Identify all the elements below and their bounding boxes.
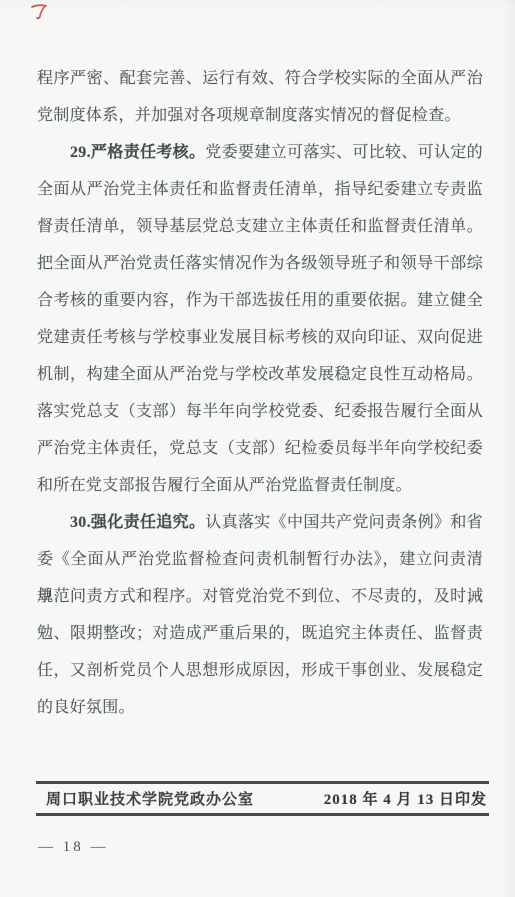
text-run: 认真落实《中国共产党问责条例》和省: [205, 514, 483, 531]
text-line: 委《全面从严治党监督检查问责机制暂行办法》，建立问责清单，: [37, 541, 483, 578]
text-run: 任，又剖析党员个人思想形成原因，形成干事创业、发展稳定: [37, 662, 483, 679]
text-run: 合考核的重要内容，作为干部选拔任用的重要依据。建立健全: [37, 292, 483, 309]
page-number: — 18 —: [38, 836, 109, 858]
text-line: 机制，构建全面从严治党与学校改革发展稳定良性互动格局。: [37, 356, 483, 393]
text-line: 全面从严治党主体责任和监督责任清单，指导纪委建立专责监: [37, 171, 483, 208]
text-line: 把全面从严治党责任落实情况作为各级领导班子和领导干部综: [37, 245, 483, 282]
text-line: 程序严密、配套完善、运行有效、符合学校实际的全面从严治: [37, 60, 483, 97]
text-line: 督责任清单，领导基层党总支建立主体责任和监督责任清单。: [37, 208, 483, 245]
text-line: 和所在党支部报告履行全面从严治党监督责任制度。: [37, 467, 483, 504]
text-line: 合考核的重要内容，作为干部选拔任用的重要依据。建立健全: [37, 282, 483, 319]
text-line: 勉、限期整改；对造成严重后果的，既追究主体责任、监督责: [37, 615, 483, 652]
text-run: 程序严密、配套完善、运行有效、符合学校实际的全面从严治: [37, 70, 483, 87]
print-date: 2018 年 4 月 13 日印发: [324, 788, 487, 809]
issuing-office: 周口职业技术学院党政办公室: [46, 788, 254, 809]
clause-heading-run: 30.强化责任追究。: [70, 514, 205, 531]
red-pen-annotation-mark: [30, 2, 49, 21]
text-run: 党建责任考核与学校事业发展目标考核的双向印证、双向促进: [37, 329, 483, 346]
clause-heading-run: 29.严格责任考核。: [70, 144, 205, 161]
text-line: 规范问责方式和程序。对管党治党不到位、不尽责的，及时诫: [37, 578, 483, 615]
text-run: 机制，构建全面从严治党与学校改革发展稳定良性互动格局。: [37, 366, 483, 383]
text-run: 党委要建立可落实、可比较、可认定的: [205, 144, 483, 161]
text-run: 勉、限期整改；对造成严重后果的，既追究主体责任、监督责: [37, 625, 483, 642]
text-line: 严治党主体责任，党总支（支部）纪检委员每半年向学校纪委: [37, 430, 483, 467]
text-line: 落实党总支（支部）每半年向学校党委、纪委报告履行全面从: [37, 393, 483, 430]
text-run: 严治党主体责任，党总支（支部）纪检委员每半年向学校纪委: [37, 440, 483, 457]
text-run: 全面从严治党主体责任和监督责任清单，指导纪委建立专责监: [37, 181, 483, 198]
text-line: 党建责任考核与学校事业发展目标考核的双向印证、双向促进: [37, 319, 483, 356]
text-run: 的良好氛围。: [37, 699, 135, 716]
text-line: 任，又剖析党员个人思想形成原因，形成干事创业、发展稳定: [37, 652, 483, 689]
text-line: 党制度体系，并加强对各项规章制度落实情况的督促检查。: [37, 97, 483, 134]
text-run: 规范问责方式和程序。对管党治党不到位、不尽责的，及时诫: [37, 588, 483, 605]
text-line: 29.严格责任考核。党委要建立可落实、可比较、可认定的: [37, 134, 483, 171]
scanned-document-page: 程序严密、配套完善、运行有效、符合学校实际的全面从严治党制度体系，并加强对各项规…: [0, 0, 515, 897]
text-run: 党制度体系，并加强对各项规章制度落实情况的督促检查。: [37, 107, 461, 124]
text-run: 落实党总支（支部）每半年向学校党委、纪委报告履行全面从: [37, 403, 483, 420]
text-run: 和所在党支部报告履行全面从严治党监督责任制度。: [37, 477, 412, 494]
colophon-box: 周口职业技术学院党政办公室 2018 年 4 月 13 日印发: [36, 781, 489, 816]
text-run: 督责任清单，领导基层党总支建立主体责任和监督责任清单。: [37, 218, 483, 235]
text-line: 的良好氛围。: [37, 689, 483, 726]
body-text: 程序严密、配套完善、运行有效、符合学校实际的全面从严治党制度体系，并加强对各项规…: [37, 60, 483, 726]
text-run: 把全面从严治党责任落实情况作为各级领导班子和领导干部综: [37, 255, 483, 272]
text-line: 30.强化责任追究。认真落实《中国共产党问责条例》和省: [37, 504, 483, 541]
